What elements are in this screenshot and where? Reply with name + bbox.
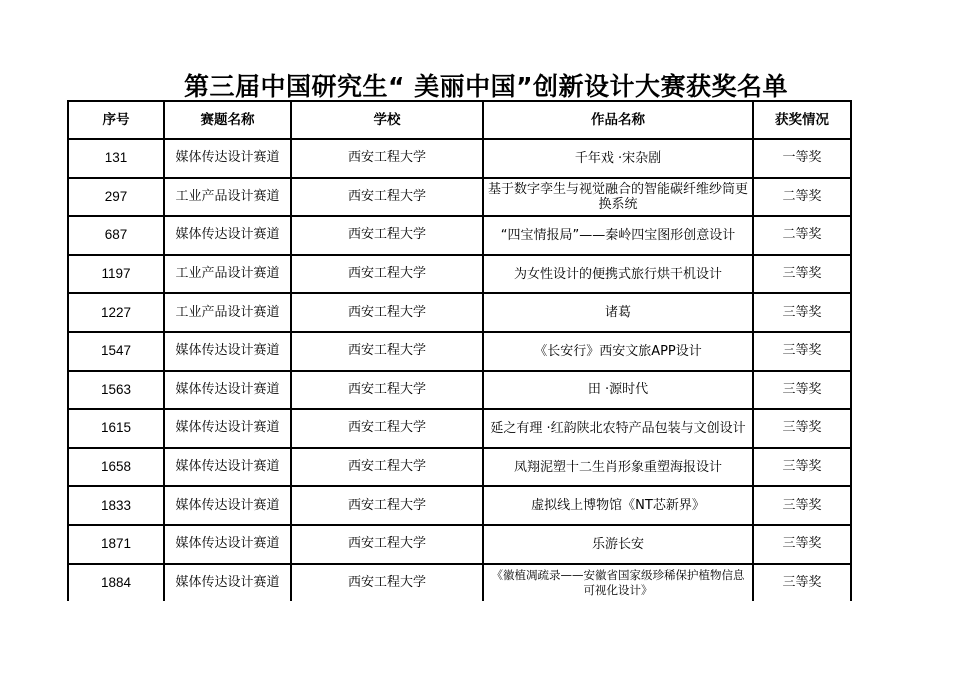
- header-track: 赛题名称: [164, 101, 291, 139]
- cell-id: 1547: [68, 332, 164, 371]
- cell-school: 西安工程大学: [291, 216, 483, 255]
- header-work: 作品名称: [483, 101, 753, 139]
- cell-work: 延之有理 ·红韵陕北农特产品包装与文创设计: [483, 409, 753, 448]
- cell-track: 工业产品设计赛道: [164, 255, 291, 294]
- cell-award: 三等奖: [753, 486, 851, 525]
- cell-school: 西安工程大学: [291, 409, 483, 448]
- award-table: 序号 赛题名称 学校 作品名称 获奖情况 131媒体传达设计赛道西安工程大学千年…: [67, 100, 852, 601]
- table-header-row: 序号 赛题名称 学校 作品名称 获奖情况: [68, 101, 851, 139]
- cell-id: 131: [68, 139, 164, 178]
- cell-work: 《长安行》西安文旅APP设计: [483, 332, 753, 371]
- cell-work: 凤翔泥塑十二生肖形象重塑海报设计: [483, 448, 753, 487]
- cell-track: 媒体传达设计赛道: [164, 564, 291, 602]
- cell-id: 687: [68, 216, 164, 255]
- cell-id: 1563: [68, 371, 164, 410]
- table-row: 1871媒体传达设计赛道西安工程大学乐游长安三等奖: [68, 525, 851, 564]
- cell-school: 西安工程大学: [291, 139, 483, 178]
- cell-work: 虚拟线上博物馆《NT芯新界》: [483, 486, 753, 525]
- table-row: 1833媒体传达设计赛道西安工程大学虚拟线上博物馆《NT芯新界》三等奖: [68, 486, 851, 525]
- cell-track: 工业产品设计赛道: [164, 178, 291, 217]
- cell-track: 媒体传达设计赛道: [164, 486, 291, 525]
- cell-id: 297: [68, 178, 164, 217]
- table-row: 1658媒体传达设计赛道西安工程大学凤翔泥塑十二生肖形象重塑海报设计三等奖: [68, 448, 851, 487]
- table-row: 1547媒体传达设计赛道西安工程大学《长安行》西安文旅APP设计三等奖: [68, 332, 851, 371]
- cell-award: 三等奖: [753, 255, 851, 294]
- table-row: 297工业产品设计赛道西安工程大学基于数字孪生与视觉融合的智能碳纤维纱筒更换系统…: [68, 178, 851, 217]
- cell-award: 二等奖: [753, 216, 851, 255]
- cell-track: 工业产品设计赛道: [164, 293, 291, 332]
- cell-track: 媒体传达设计赛道: [164, 216, 291, 255]
- cell-id: 1227: [68, 293, 164, 332]
- cell-work: “四宝情报局”——秦岭四宝图形创意设计: [483, 216, 753, 255]
- cell-award: 三等奖: [753, 525, 851, 564]
- cell-award: 三等奖: [753, 564, 851, 602]
- cell-track: 媒体传达设计赛道: [164, 409, 291, 448]
- cell-school: 西安工程大学: [291, 448, 483, 487]
- header-id: 序号: [68, 101, 164, 139]
- cell-work: 乐游长安: [483, 525, 753, 564]
- cell-school: 西安工程大学: [291, 371, 483, 410]
- cell-school: 西安工程大学: [291, 525, 483, 564]
- cell-work: 《徽植凋疏录——安徽省国家级珍稀保护植物信息可视化设计》: [483, 564, 753, 602]
- table-row: 1615媒体传达设计赛道西安工程大学延之有理 ·红韵陕北农特产品包装与文创设计三…: [68, 409, 851, 448]
- cell-work: 千年戏 ·宋杂剧: [483, 139, 753, 178]
- cell-id: 1833: [68, 486, 164, 525]
- cell-award: 三等奖: [753, 448, 851, 487]
- cell-work: 为女性设计的便携式旅行烘干机设计: [483, 255, 753, 294]
- table-row: 131媒体传达设计赛道西安工程大学千年戏 ·宋杂剧一等奖: [68, 139, 851, 178]
- cell-work: 基于数字孪生与视觉融合的智能碳纤维纱筒更换系统: [483, 178, 753, 217]
- cell-award: 三等奖: [753, 371, 851, 410]
- header-award: 获奖情况: [753, 101, 851, 139]
- cell-award: 三等奖: [753, 293, 851, 332]
- cell-track: 媒体传达设计赛道: [164, 371, 291, 410]
- table-row: 1227工业产品设计赛道西安工程大学诸葛三等奖: [68, 293, 851, 332]
- cell-work: 诸葛: [483, 293, 753, 332]
- cell-award: 一等奖: [753, 139, 851, 178]
- cell-school: 西安工程大学: [291, 293, 483, 332]
- cell-id: 1884: [68, 564, 164, 602]
- table-row: 1197工业产品设计赛道西安工程大学为女性设计的便携式旅行烘干机设计三等奖: [68, 255, 851, 294]
- cell-school: 西安工程大学: [291, 564, 483, 602]
- table-row: 687媒体传达设计赛道西安工程大学“四宝情报局”——秦岭四宝图形创意设计二等奖: [68, 216, 851, 255]
- cell-track: 媒体传达设计赛道: [164, 525, 291, 564]
- table-row: 1563媒体传达设计赛道西安工程大学田 ·源时代三等奖: [68, 371, 851, 410]
- cell-school: 西安工程大学: [291, 178, 483, 217]
- cell-track: 媒体传达设计赛道: [164, 139, 291, 178]
- page-title: 第三届中国研究生“ 美丽中国”创新设计大赛获奖名单: [0, 70, 972, 104]
- cell-award: 三等奖: [753, 332, 851, 371]
- table-row: 1884媒体传达设计赛道西安工程大学《徽植凋疏录——安徽省国家级珍稀保护植物信息…: [68, 564, 851, 602]
- cell-school: 西安工程大学: [291, 255, 483, 294]
- cell-id: 1658: [68, 448, 164, 487]
- cell-id: 1197: [68, 255, 164, 294]
- cell-track: 媒体传达设计赛道: [164, 332, 291, 371]
- cell-school: 西安工程大学: [291, 486, 483, 525]
- cell-id: 1615: [68, 409, 164, 448]
- cell-track: 媒体传达设计赛道: [164, 448, 291, 487]
- cell-award: 二等奖: [753, 178, 851, 217]
- header-school: 学校: [291, 101, 483, 139]
- cell-work: 田 ·源时代: [483, 371, 753, 410]
- cell-id: 1871: [68, 525, 164, 564]
- cell-award: 三等奖: [753, 409, 851, 448]
- cell-school: 西安工程大学: [291, 332, 483, 371]
